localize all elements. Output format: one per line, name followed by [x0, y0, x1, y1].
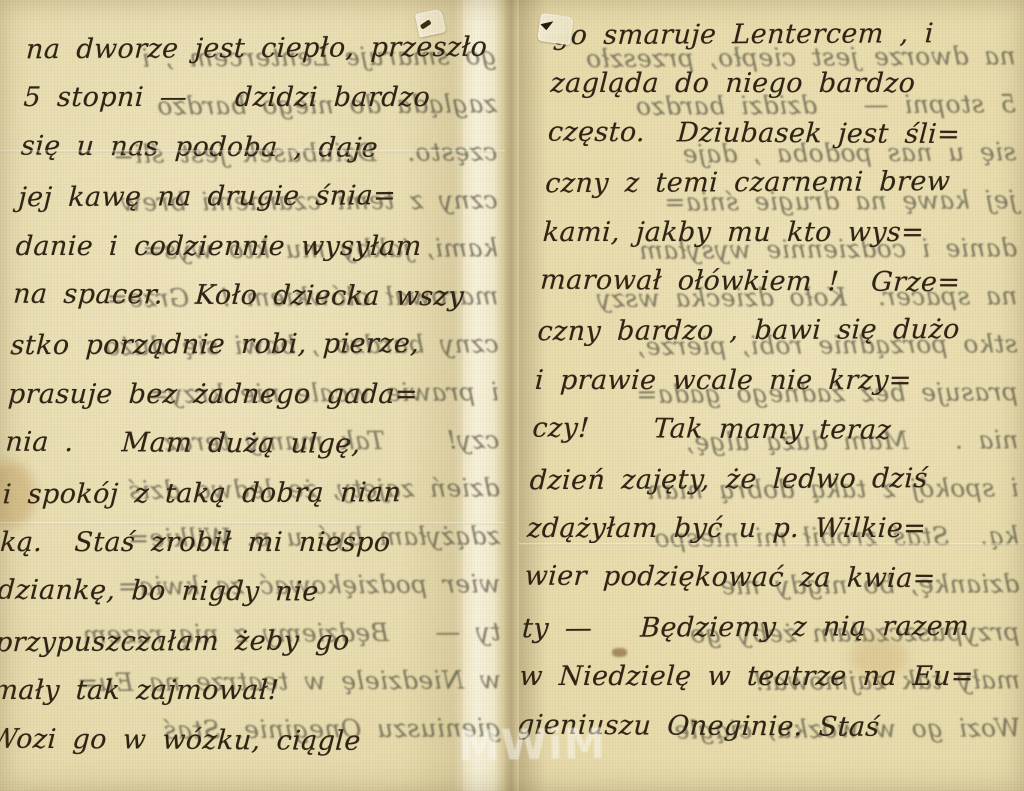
handwriting-line: stko porządnie robi, pierze, — [9, 319, 473, 371]
handwriting-line: często. Dziubasek jest śli= — [547, 107, 1004, 159]
handwriting-line: się u nas podoba , daje — [20, 121, 484, 173]
handwriting-line: 5 stopni — dzidzi bardzo — [22, 73, 486, 122]
handwriting-line: kami, jakby mu kto wys= — [541, 208, 998, 257]
handwriting-line: go smaruje Lentercem , i — [552, 9, 1009, 61]
handwriting-line: zdążyłam być u p. Wilkie= — [526, 504, 983, 553]
letter-scan: go smaruje Lentercem , izagląda do niego… — [0, 0, 1024, 791]
handwriting-line: nia . Mam dużą ulgę, — [4, 418, 468, 470]
handwriting-line: przypuszczałam żeby go — [0, 616, 457, 668]
handwriting-line: czny bardzo , bawi się dużo — [536, 305, 993, 357]
handwriting-line: i spokój z taką dobrą nian — [2, 467, 466, 519]
handwriting-line: czny z temi czarnemi brew — [544, 157, 1001, 209]
handwriting-line: ty — Będziemy z nią razem — [521, 602, 978, 654]
handwriting-line: dzień zajęty, że ledwo dziś — [529, 453, 986, 505]
handwriting-line: na spacer. Koło dziecka wszy — [12, 270, 476, 322]
handwriting-line: wier podziękować za kwia= — [523, 552, 980, 604]
handwriting-line: jej kawę na drugie śnia= — [17, 171, 481, 223]
page-left: go smaruje Lentercem , izagląda do niego… — [0, 0, 505, 791]
page-fold-gutter — [505, 0, 519, 791]
handwriting-line: danie i codziennie wysyłam — [14, 222, 478, 271]
handwriting-line: gieniuszu Oneginie. Staś — [519, 700, 973, 752]
handwriting-line: zagląda do niego bardzo — [549, 59, 1006, 108]
handwriting-line: mały tak zajmował! — [0, 666, 455, 715]
handwriting-line: prasuje bez żadnego gada= — [7, 370, 471, 419]
handwriting-right: go smaruje Lentercem , izagląda do niego… — [519, 10, 1009, 751]
handwriting-line: marował ołówkiem ! Grze= — [539, 256, 996, 308]
handwriting-line: ką. Staś zrobił mi niespo — [0, 518, 463, 567]
page-right: na dworze jest ciepło, przeszło5 stopni … — [519, 0, 1024, 791]
handwriting-line: dziankę, bo nigdy nie — [0, 566, 460, 618]
handwriting-line: Wozi go w wózku, ciągle — [0, 714, 452, 766]
paper-tear-right — [537, 13, 574, 45]
handwriting-line: czy! Tak mamy teraz — [531, 404, 988, 456]
handwriting-left: na dworze jest ciepło, przeszło5 stopni … — [0, 24, 489, 765]
handwriting-line: i prawie wcale nie krzy= — [534, 356, 991, 405]
handwriting-line: w Niedzielę w teatrze na Eu= — [519, 652, 975, 701]
